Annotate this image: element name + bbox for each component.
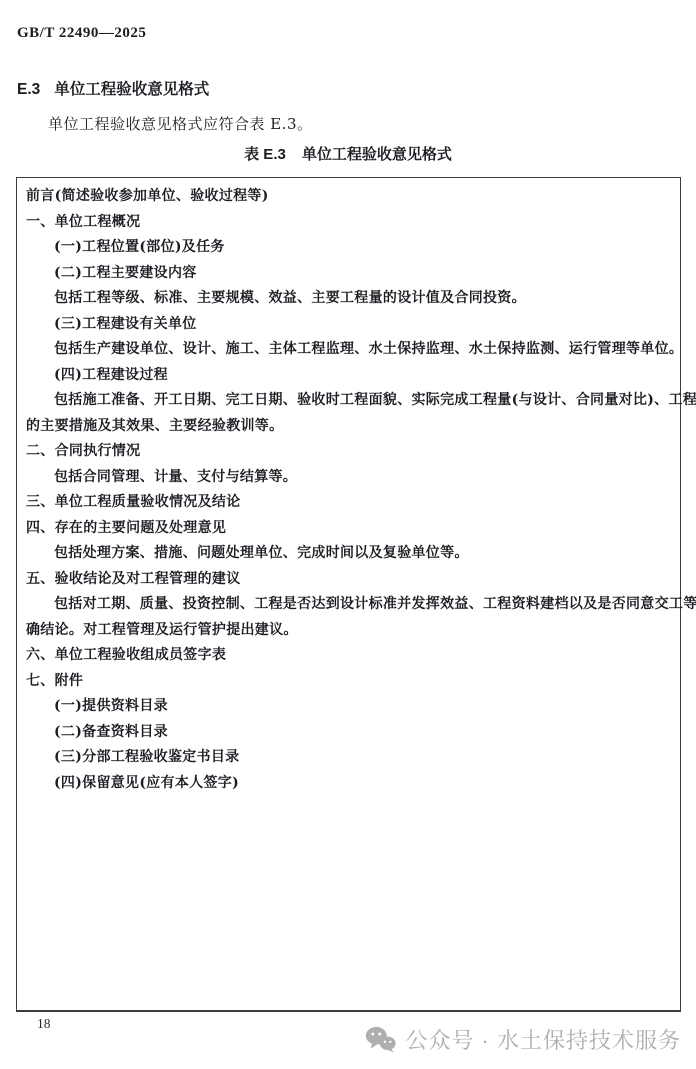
table-line: 五、验收结论及对工程管理的建议	[26, 567, 671, 593]
table-line: 包括对工期、质量、投资控制、工程是否达到设计标准并发挥效益、工程资料建档以及是否…	[26, 592, 671, 618]
watermark: 公众号 · 水土保持技术服务	[365, 1024, 681, 1055]
table-line: 七、附件	[26, 669, 671, 695]
table-line: 四、存在的主要问题及处理意见	[26, 516, 671, 542]
intro-paragraph: 单位工程验收意见格式应符合表 E.3。	[48, 113, 313, 134]
table-line: (二)工程主要建设内容	[26, 261, 671, 287]
table-line: 包括工程等级、标准、主要规模、效益、主要工程量的设计值及合同投资。	[26, 286, 671, 312]
standard-number: GB/T 22490—2025	[17, 25, 146, 42]
table-line: 三、单位工程质量验收情况及结论	[26, 490, 671, 516]
table-line: 的主要措施及其效果、主要经验教训等。	[26, 414, 671, 440]
table-line: (二)备查资料目录	[26, 720, 671, 746]
table-line: 包括合同管理、计量、支付与结算等。	[26, 465, 671, 491]
table-line: 包括生产建设单位、设计、施工、主体工程监理、水土保持监理、水土保持监测、运行管理…	[26, 337, 671, 363]
table-line: 包括施工准备、开工日期、完工日期、验收时工程面貌、实际完成工程量(与设计、合同量…	[26, 388, 671, 414]
table-line: (一)提供资料目录	[26, 694, 671, 720]
table-line: (四)保留意见(应有本人签字)	[26, 771, 671, 797]
section-number: E.3	[17, 81, 40, 98]
table-line: (四)工程建设过程	[26, 363, 671, 389]
table-line: (三)分部工程验收鉴定书目录	[26, 745, 671, 771]
table-line: 前言(简述验收参加单位、验收过程等)	[26, 184, 671, 210]
table-caption: 表 E.3单位工程验收意见格式	[0, 143, 696, 164]
acceptance-format-table: 前言(简述验收参加单位、验收过程等)一、单位工程概况(一)工程位置(部位)及任务…	[16, 177, 681, 1012]
page-number: 18	[37, 1016, 51, 1032]
table-caption-label: 表 E.3	[244, 146, 286, 163]
table-line: (三)工程建设有关单位	[26, 312, 671, 338]
table-caption-title: 单位工程验收意见格式	[302, 146, 452, 163]
section-title: 单位工程验收意见格式	[54, 81, 209, 98]
table-line: 二、合同执行情况	[26, 439, 671, 465]
table-line: 包括处理方案、措施、问题处理单位、完成时间以及复验单位等。	[26, 541, 671, 567]
table-line: 确结论。对工程管理及运行管护提出建议。	[26, 618, 671, 644]
table-line: (一)工程位置(部位)及任务	[26, 235, 671, 261]
section-heading: E.3单位工程验收意见格式	[17, 77, 209, 99]
table-line: 六、单位工程验收组成员签字表	[26, 643, 671, 669]
table-line: 一、单位工程概况	[26, 210, 671, 236]
watermark-text: 公众号 · 水土保持技术服务	[405, 1024, 681, 1055]
document-page: GB/T 22490—2025 E.3单位工程验收意见格式 单位工程验收意见格式…	[0, 0, 696, 1069]
wechat-icon	[365, 1026, 396, 1053]
